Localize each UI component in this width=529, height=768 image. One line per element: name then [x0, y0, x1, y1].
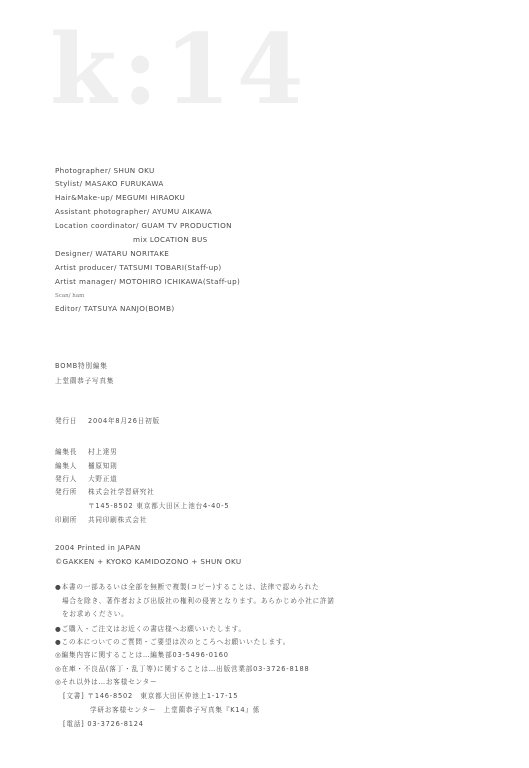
series-title: BOMB特別編集 [55, 361, 108, 371]
colophon-label: 発行人 [55, 474, 88, 484]
note-copy-prohibition: ●本書の一部あるいは全部を無断で複製(コピー)することは、法律で認められた [55, 582, 319, 592]
k14-logo: k:14 [50, 22, 310, 118]
colophon-label: 印刷所 [55, 515, 88, 525]
credit-designer: Designer/ WATARU NORITAKE [55, 249, 169, 259]
note-purchase: ●ご購入・ご注文はお近くの書店様へお願いいたします。 [55, 624, 246, 634]
note-mail-address: [文書] 〒146-8502 東京都大田区仲池上1-17-15 [63, 691, 238, 701]
colophon-row-publishing-house: 発行所株式会社学習研究社 [55, 487, 155, 497]
credit-artist-manager: Artist manager/ MOTOHIRO ICHIKAWA(Staff-… [55, 277, 240, 287]
credit-assistant-photographer: Assistant photographer/ AYUMU AIKAWA [55, 207, 212, 217]
note-inquiries: ●この本についてのご質問・ご要望は次のところへお願いいたします。 [55, 637, 290, 647]
book-title: 上堂薗恭子写真集 [55, 376, 114, 386]
colophon-row-publisher: 発行人大野正道 [55, 474, 118, 484]
colophon-value: 大野正道 [88, 475, 118, 483]
colophon-row-printer: 印刷所共同印刷株式会社 [55, 515, 147, 525]
colophon-label: 発行所 [55, 487, 88, 497]
publication-date: 発行日2004年8月26日初版 [55, 416, 160, 426]
colophon-value: 株式会社学習研究社 [88, 488, 155, 496]
note-phone: [電話] 03-3726-8124 [63, 719, 144, 729]
copyright-notice: ©GAKKEN + KYOKO KAMIDOZONO + SHUN OKU [55, 557, 241, 567]
credit-hair-makeup: Hair&Make-up/ MEGUMI HIRAOKU [55, 193, 185, 203]
note-mail-recipient: 学研お客様センター 上堂薗恭子写真集『K14』係 [90, 705, 260, 715]
credit-editor: Editor/ TATSUYA NANJO(BOMB) [55, 304, 175, 314]
credit-stylist: Stylist/ MASAKO FURUKAWA [55, 179, 164, 189]
note-stock-contact: ◎在庫・不良品(落丁・乱丁等)に関することは…出版営業部03-3726-8188 [55, 664, 309, 674]
credit-artist-producer: Artist producer/ TATSUMI TOBARI(Staff-up… [55, 263, 222, 273]
credit-photographer: Photographer/ SHUN OKU [55, 166, 155, 176]
note-copy-prohibition-cont2: をお求めください。 [62, 609, 129, 619]
credit-location-coordinator-cont: mix LOCATION BUS [133, 235, 208, 245]
credit-location-coordinator: Location coordinator/ GUAM TV PRODUCTION [55, 221, 232, 231]
colophon-label: 編集人 [55, 461, 88, 471]
printed-in-japan: 2004 Printed in JAPAN [55, 543, 141, 553]
note-other-contact: ◎それ以外は…お客様センター [55, 677, 157, 687]
colophon-label: 編集長 [55, 447, 88, 457]
colophon-value: 村上達男 [88, 448, 118, 456]
publication-date-label: 発行日 [55, 416, 88, 426]
credit-scan: Scan/ ham [55, 291, 84, 301]
note-editorial-contact: ◎編集内容に関することは…編集部03-5496-0160 [55, 650, 229, 660]
colophon-value: 〒145-8502 東京都大田区上池台4-40-5 [88, 502, 229, 510]
colophon-value: 樋原知則 [88, 462, 118, 470]
publication-date-value: 2004年8月26日初版 [88, 417, 160, 425]
colophon-row-address: 〒145-8502 東京都大田区上池台4-40-5 [55, 501, 229, 511]
colophon-row-editor: 編集人樋原知則 [55, 461, 118, 471]
colophon-value: 共同印刷株式会社 [88, 516, 147, 524]
note-copy-prohibition-cont: 場合を除き、著作者および出版社の権利の侵害となります。あらかじめ小社に許諾 [62, 596, 335, 606]
colophon-row-editor-in-chief: 編集長村上達男 [55, 447, 118, 457]
